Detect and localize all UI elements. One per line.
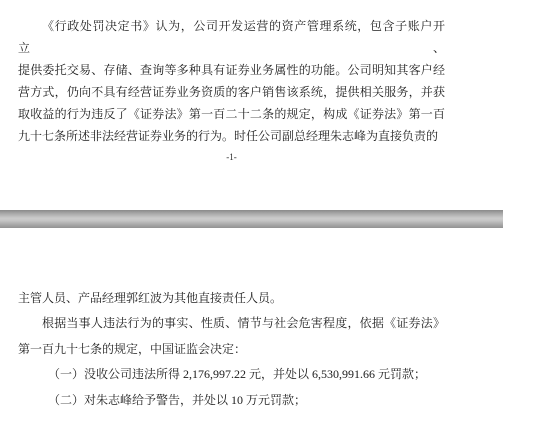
document-text-line: 营方式，仍向不具有经营证券业务资质的客户销售该系统，提供相关服务，并获 — [18, 81, 445, 103]
document-text-line: （二）对朱志峰给予警告，并处以 10 万元罚款； — [18, 388, 445, 413]
document-text-line: 根据当事人违法行为的事实、性质、情节与社会危害程度，依据《证券法》 — [18, 311, 445, 336]
document-text-line: 取收益的行为违反了《证券法》第一百二十二条的规定，构成《证券法》第一百 — [18, 103, 445, 125]
document-text-line: 《行政处罚决定书》认为，公司开发运营的资产管理系统，包含子账户开立、 — [18, 15, 445, 59]
document-text-line: 第一百九十七条的规定，中国证监会决定： — [18, 337, 445, 362]
page-number: -1- — [18, 151, 445, 163]
document-text-line: （一）没收公司违法所得 2,176,997.22 元，并处以 6,530,991… — [18, 362, 445, 387]
page-separator — [0, 210, 503, 228]
page2-paragraphs: 主管人员、产品经理郭红波为其他直接责任人员。 根据当事人违法行为的事实、性质、情… — [18, 286, 445, 413]
document-text-line: 提供委托交易、存储、查询等多种具有证券业务属性的功能。公司明知其客户经 — [18, 59, 445, 81]
document-viewport: 《行政处罚决定书》认为，公司开发运营的资产管理系统，包含子账户开立、 提供委托交… — [0, 0, 548, 431]
document-text-line: 主管人员、产品经理郭红波为其他直接责任人员。 — [18, 286, 445, 311]
document-text-line: 九十七条所述非法经营证券业务的行为。时任公司副总经理朱志峰为直接负责的 — [18, 125, 445, 147]
page1-paragraph: 《行政处罚决定书》认为，公司开发运营的资产管理系统，包含子账户开立、 提供委托交… — [18, 15, 445, 147]
